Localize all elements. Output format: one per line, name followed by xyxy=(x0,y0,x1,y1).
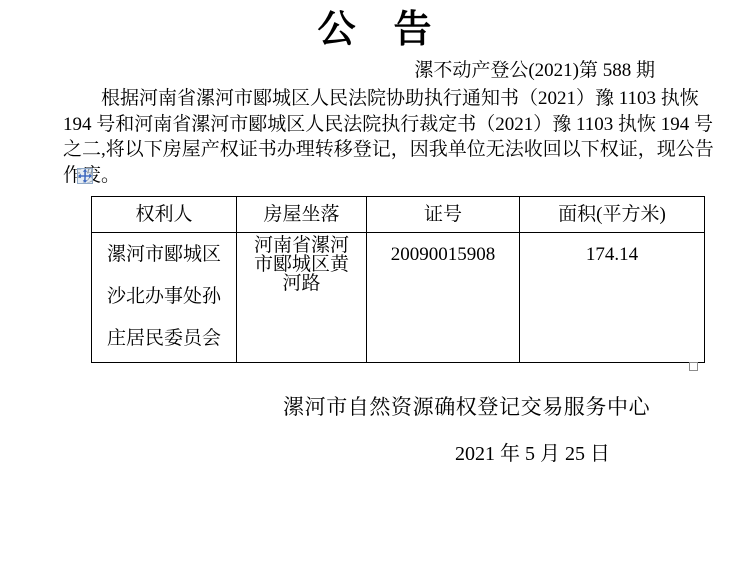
body-line-2: 194 号和河南省漯河市郾城区人民法院执行裁定书（2021）豫 1103 执恢 … xyxy=(63,112,692,138)
table-row: 漯河市郾城区沙北办事处孙庄居民委员会 河南省漯河市郾城区黄河路 20090015… xyxy=(92,233,705,363)
page-title: 公 告 xyxy=(0,8,749,52)
table-header-row: 权利人 房屋坐落 证号 面积(平方米) xyxy=(92,197,705,233)
location-value: 河南省漯河市郾城区黄河路 xyxy=(238,234,365,293)
holder-value: 漯河市郾城区沙北办事处孙庄居民委员会 xyxy=(93,234,235,360)
announcement-document: 公 告 漯不动产登公(2021)第 588 期 根据河南省漯河市郾城区人民法院协… xyxy=(0,0,749,581)
table-resize-handle-icon[interactable] xyxy=(689,362,698,371)
body-line-3: 之二,将以下房屋产权证书办理转移登记，因我单位无法收回以下权证，现公告 xyxy=(63,137,692,163)
area-value: 174.14 xyxy=(521,234,703,266)
cell-holder: 漯河市郾城区沙北办事处孙庄居民委员会 xyxy=(92,233,237,363)
issuing-authority: 漯河市自然资源确权登记交易服务中心 xyxy=(283,394,650,421)
cert-no-value: 20090015908 xyxy=(368,234,518,266)
body-paragraph: 根据河南省漯河市郾城区人民法院协助执行通知书（2021）豫 1103 执恢 19… xyxy=(63,86,692,188)
header-area: 面积(平方米) xyxy=(520,197,705,233)
body-line-4: 作废。 xyxy=(63,163,692,189)
cell-cert-no: 20090015908 xyxy=(367,233,520,363)
header-holder: 权利人 xyxy=(92,197,237,233)
four-direction-arrow-glyph xyxy=(78,169,92,183)
move-anchor-icon[interactable] xyxy=(77,168,93,184)
issue-number: 漯不动产登公(2021)第 588 期 xyxy=(414,59,655,83)
cell-location: 河南省漯河市郾城区黄河路 xyxy=(237,233,367,363)
header-location: 房屋坐落 xyxy=(237,197,367,233)
body-line-1: 根据河南省漯河市郾城区人民法院协助执行通知书（2021）豫 1103 执恢 xyxy=(63,86,692,112)
document-date: 2021 年 5 月 25 日 xyxy=(455,441,610,467)
certificate-table: 权利人 房屋坐落 证号 面积(平方米) 漯河市郾城区沙北办事处孙庄居民委员会 河… xyxy=(91,196,705,363)
cell-area: 174.14 xyxy=(520,233,705,363)
header-cert-no: 证号 xyxy=(367,197,520,233)
